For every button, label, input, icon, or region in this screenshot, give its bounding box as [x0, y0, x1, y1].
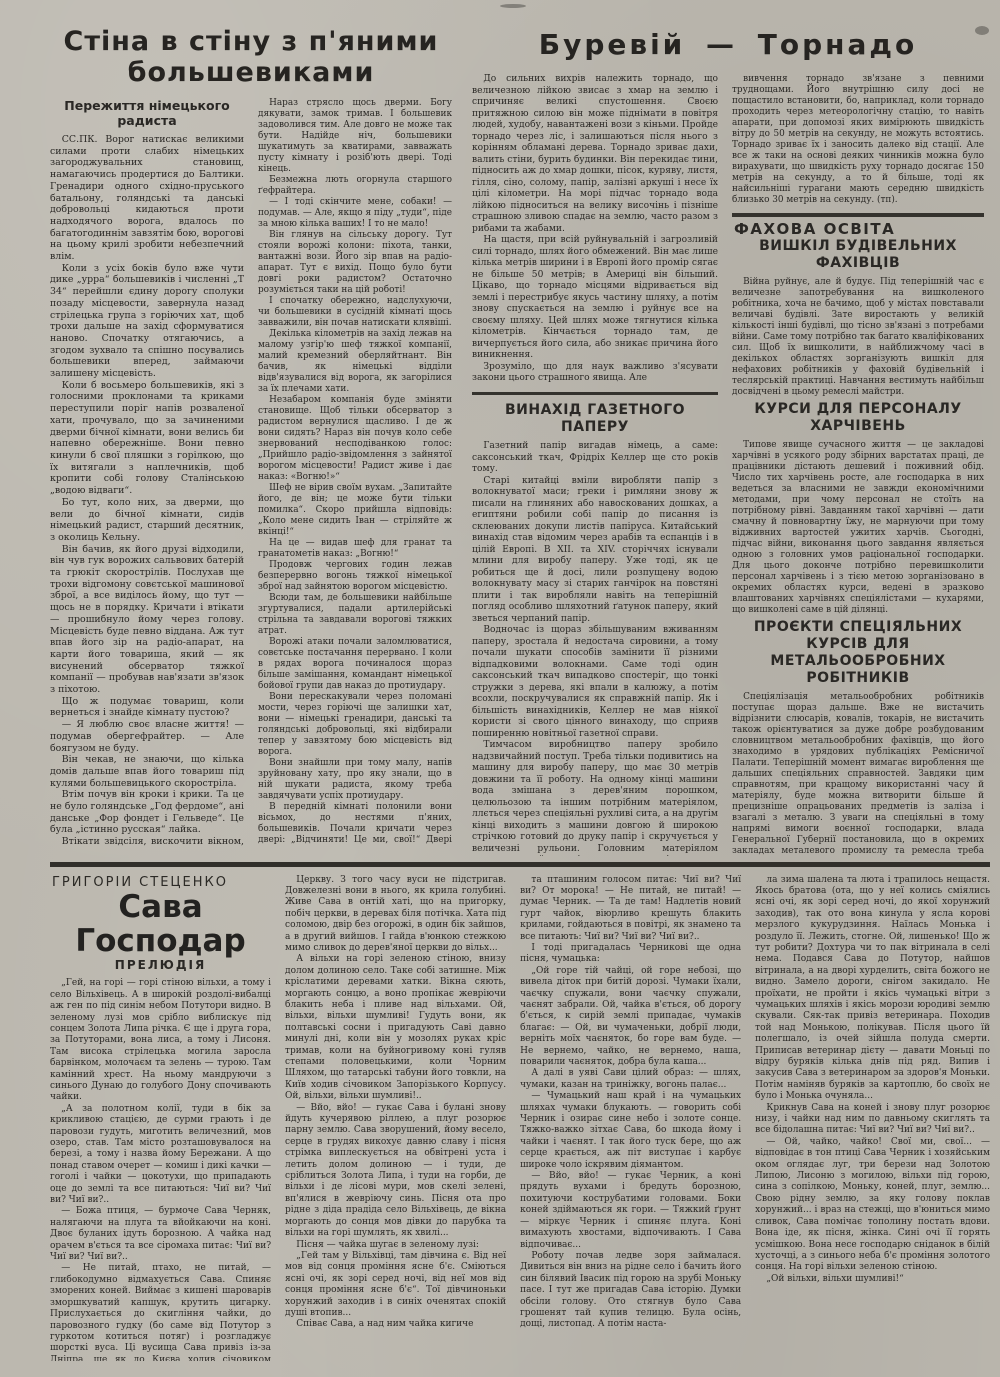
article-bolsheviks-subhead: Пережиття німецького радиста [50, 98, 244, 128]
paragraph: Співає Сава, а над ним чайка кигиче [285, 1319, 506, 1330]
paragraph: В передній кімнаті полонили вони вісьмох… [258, 802, 452, 846]
article-bolsheviks-col1-text: СС.ПК. Ворог натискає великими силами пр… [50, 134, 244, 846]
article-metal-title: ПРОЄКТИ СПЕЦІЯЛЬНИХ КУРСІВ ДЛЯ МЕТАЛЬООБ… [732, 619, 984, 687]
paragraph: — Не питай, птахо, не питай, — глибокоду… [50, 1263, 271, 1360]
paragraph: Втім почув він кроки і крики. Та це не б… [50, 789, 244, 836]
article-tornado-headline: Буревій — Торнадо [472, 30, 984, 60]
paragraph: Він бачив, як його друзі відходили, він … [50, 544, 244, 696]
paragraph: — Ой, чайко, чайко! Свої ми, свої... — в… [755, 1137, 990, 1274]
article-sava-subtitle: ПРЕЛЮДІЯ [50, 960, 271, 971]
paragraph: Коли б восьмеро большевиків, які з голос… [50, 380, 244, 497]
paragraph: Водночас із щораз збільшуваним вживанням… [472, 625, 718, 740]
paragraph: Бо тут, коло них, за дверми, що вели до … [50, 497, 244, 544]
paragraph: „Ой вільхи, вільхи шумливі!“ [755, 1274, 990, 1285]
paragraph: Церкву. З того часу вуси не підстригав. … [285, 875, 506, 955]
paragraph: — Чумацький наш край і на чумацьких шлях… [520, 1091, 741, 1171]
paragraph: „Гей, на горі — горі стіною вільхи, а то… [50, 978, 271, 1103]
right-block-columns: До сильних вихрів належить торнадо, що в… [472, 74, 984, 856]
article-canteens-text: Типове явище сучасного життя — це заклад… [732, 440, 984, 616]
paragraph: Безмежна лють огорнула старшого ґефрайте… [258, 175, 452, 197]
paragraph: Тимчасом виробництво паперу зробило надз… [472, 740, 718, 856]
paragraph: Втікати звідсіля, вискочити вікном, може… [50, 836, 244, 846]
paragraph: ла зима шалена та люта і трапилось нещас… [755, 875, 990, 1103]
article-metal-text: Спеціялізація метальообробних робітників… [732, 692, 984, 857]
article-builders-text: Війна руйнує, але й будує. Під теперішні… [732, 277, 984, 398]
paragraph: — І тоді скінчите мене, собаки! — подума… [258, 197, 452, 230]
section-vocational-kicker: ФАХОВА ОСВІТА [734, 224, 984, 235]
paragraph: Незабаром компанія буде зміняти становищ… [258, 395, 452, 483]
paragraph: А далі в уяві Сави цілий образ: — шлях, … [520, 1068, 741, 1091]
article-sava-col2-text: Церкву. З того часу вуси не підстригав. … [285, 875, 506, 1331]
article-canteens-title: КУРСИ ДЛЯ ПЕРСОНАЛУ ХАРЧІВЕНЬ [732, 401, 984, 435]
paragraph: „А за полотном колії, туди в бік за крик… [50, 1104, 271, 1207]
article-sava-col1: ГРИГОРІЙ СТЕЦЕНКО Сава Господар ПРЕЛЮДІЯ… [50, 875, 271, 1361]
paragraph: Ворожі атаки почали заломлюватися, совєт… [258, 637, 452, 692]
paragraph: Пісня — чайка шугає в зеленому лузі: [285, 1240, 506, 1251]
top-section: Стіна в стіну з п'яними большевиками Пер… [50, 22, 990, 856]
paragraph: Вони перескакували через поломані мости,… [258, 692, 452, 758]
paragraph: І тоді пригадалась Черникові ще одна піс… [520, 943, 741, 966]
paragraph: Що ж подумає товариш, коли вернеться і з… [50, 696, 244, 719]
article-sava-col3-text: та пташиним голосом питає: Чиї ви? Чиї в… [520, 875, 741, 1331]
paragraph: „Гей там у Вільхівці, там дівчина є. Від… [285, 1251, 506, 1319]
article-tornado-col1-text: До сильних вихрів належить торнадо, що в… [472, 74, 718, 385]
right-block: Буревій — Торнадо До сильних вихрів нале… [472, 22, 984, 856]
paragraph: Газетний папір вигадав німець, а саме: с… [472, 441, 718, 476]
article-sava: ГРИГОРІЙ СТЕЦЕНКО Сава Господар ПРЕЛЮДІЯ… [50, 875, 990, 1361]
paragraph: І спочатку обережно, надслухуючи, чи бол… [258, 296, 452, 329]
vocational-column: вивчення торнадо зв'язане з певними труд… [732, 74, 984, 856]
article-sava-col2: Церкву. З того часу вуси не підстригав. … [285, 875, 506, 1361]
paragraph: Вони знайшли при тому малу, напів зруйно… [258, 758, 452, 802]
paragraph: — Божа птиця, — бурмоче Сава Черняк, нал… [50, 1206, 271, 1263]
article-sava-col1-text: „Гей, на горі — горі стіною вільхи, а то… [50, 978, 271, 1360]
article-bolsheviks-col2: Нараз стрясло щось дверми. Богу дякувати… [258, 98, 452, 846]
paragraph: Старі китайці вміли виробляти папір з во… [472, 476, 718, 626]
article-sava-title: Сава Господар [50, 890, 271, 958]
paragraph: Він глянув на сільську дорогу. Тут стоял… [258, 230, 452, 296]
paragraph: Продовж чергових годин лежав безперервно… [258, 560, 452, 593]
paragraph: — Вйо, вйо! — гукає Черник, а коні пряду… [520, 1171, 741, 1251]
paragraph: — Вйо, вйо! — гукає Сава і булані знову … [285, 1103, 506, 1240]
article-bolsheviks: Стіна в стіну з п'яними большевиками Пер… [50, 22, 452, 856]
paragraph: Всюди там, де большевики найбільше згурт… [258, 593, 452, 637]
newspaper-page: { "article_bolsheviks": { "headline": "С… [0, 0, 1000, 1377]
paragraph: Війна руйнує, але й будує. Під теперішні… [732, 277, 984, 398]
paragraph: Шеф не вірив своїм вухам. „Запитайте йог… [258, 483, 452, 538]
paragraph: „Ой горе тій чайці, ой горе небозі, що в… [520, 966, 741, 1069]
paragraph: Він чекав, не знаючи, що кілька домів да… [50, 754, 244, 789]
article-bolsheviks-headline: Стіна в стіну з п'яними большевиками [50, 26, 452, 88]
paragraph: Типове явище сучасного життя — це заклад… [732, 440, 984, 616]
divider-rule [472, 392, 718, 396]
paragraph: На щастя, при всій руйнувальній і загроз… [472, 235, 718, 362]
paragraph: — Я люблю своє власне життя! — подумав о… [50, 719, 244, 754]
paragraph: На це — видав шеф для гранат та гранатом… [258, 538, 452, 560]
paragraph: Декілька кілометрів на захід лежав на ма… [258, 329, 452, 395]
paragraph: Крикнув Сава на коней і знову плуг розор… [755, 1103, 990, 1137]
article-tornado-col1: До сильних вихрів належить торнадо, що в… [472, 74, 718, 856]
paragraph: Зрозуміло, що для наук важливо з'ясувати… [472, 362, 718, 385]
article-bolsheviks-col1: Пережиття німецького радиста СС.ПК. Воро… [50, 98, 244, 846]
article-paper-text: Газетний папір вигадав німець, а саме: с… [472, 441, 718, 856]
paragraph: Коли з усіх боків було вже чути дике „ур… [50, 263, 244, 380]
article-bolsheviks-columns: Пережиття німецького радиста СС.ПК. Воро… [50, 98, 452, 846]
paragraph: та пташиним голосом питає: Чиї ви? Чиї в… [520, 875, 741, 943]
paragraph: Спеціялізація метальообробних робітників… [732, 692, 984, 857]
paragraph: Роботу почав ледве зоря займалася. Дивит… [520, 1251, 741, 1331]
scan-artifact [500, 4, 526, 8]
paragraph: СС.ПК. Ворог натискає великими силами пр… [50, 134, 244, 263]
paragraph: До сильних вихрів належить торнадо, що в… [472, 74, 718, 235]
article-tornado-col2-text: вивчення торнадо зв'язане з певними труд… [732, 74, 984, 206]
article-paper-title: ВИНАХІД ГАЗЕТНОГО ПАПЕРУ [472, 402, 718, 436]
article-bolsheviks-col2-text: Нараз стрясло щось дверми. Богу дякувати… [258, 98, 452, 846]
article-sava-byline: ГРИГОРІЙ СТЕЦЕНКО [52, 877, 271, 888]
paragraph: Нараз стрясло щось дверми. Богу дякувати… [258, 98, 452, 175]
article-sava-col3: та пташиним голосом питає: Чиї ви? Чиї в… [520, 875, 741, 1361]
section-divider-rule [50, 862, 990, 867]
article-builders-title: ВИШКІЛ БУДІВЕЛЬНИХ ФАХІВЦІВ [732, 238, 984, 272]
paragraph: А вільхи на горі зеленою стіною, внизу д… [285, 954, 506, 1102]
divider-rule [732, 213, 984, 217]
article-sava-col4: ла зима шалена та люта і трапилось нещас… [755, 875, 990, 1361]
scan-artifact [975, 26, 989, 35]
article-sava-col4-text: ла зима шалена та люта і трапилось нещас… [755, 875, 990, 1286]
page-content: Стіна в стіну з п'яними большевиками Пер… [50, 22, 990, 1361]
paragraph: вивчення торнадо зв'язане з певними труд… [732, 74, 984, 206]
